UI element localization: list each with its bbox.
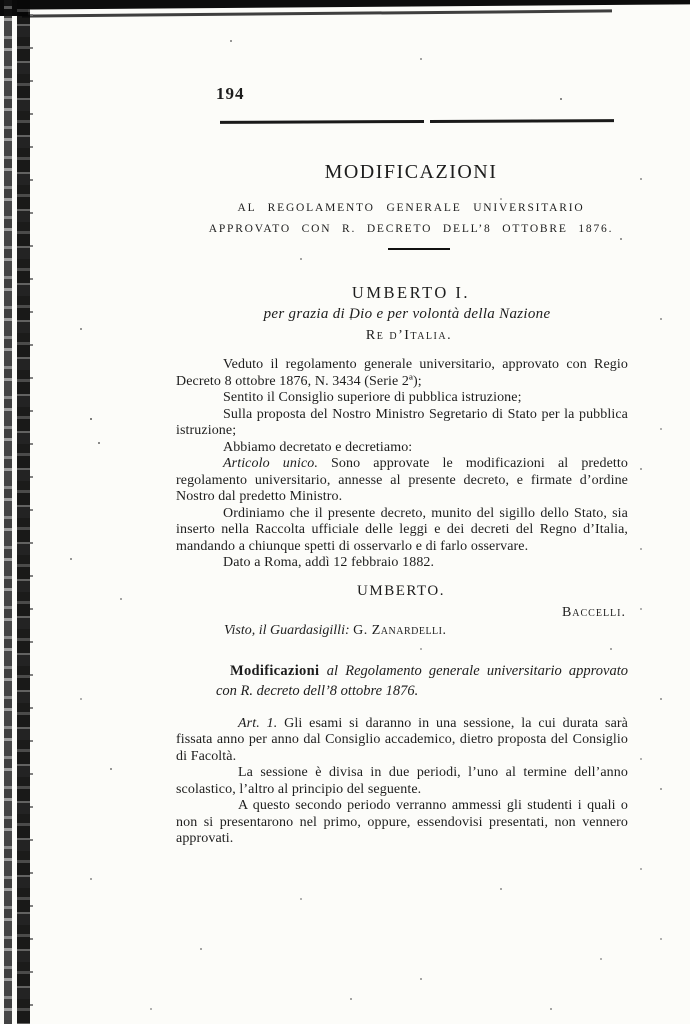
visto-prefix: Visto, il Guardasigilli: bbox=[224, 623, 350, 638]
decree-paragraph: Sulla proposta del Nostro Ministro Segre… bbox=[176, 407, 628, 440]
paragraph-text: Dato a Roma, addì 12 febbraio 1882. bbox=[223, 555, 434, 570]
page-content: 194 MODIFICAZIONI AL REGOLAMENTO GENERAL… bbox=[176, 0, 628, 848]
paragraph-text: Veduto il regolamento generale universit… bbox=[176, 357, 628, 389]
binding-strip-outer bbox=[4, 0, 12, 1024]
king-name: UMBERTO I. bbox=[194, 283, 628, 303]
doc-subtitle-line1: AL REGOLAMENTO GENERALE UNIVERSITARIO bbox=[194, 202, 628, 214]
decree-paragraph: Dato a Roma, addì 12 febbraio 1882. bbox=[176, 555, 628, 572]
decree-paragraph: Abbiamo decretato e decretiamo: bbox=[176, 440, 628, 457]
article-paragraph: Art. 1. Gli esami si daranno in una sess… bbox=[176, 716, 628, 766]
visto-name: G. Zanardelli. bbox=[353, 623, 446, 638]
article-paragraph: La sessione è divisa in due periodi, l’u… bbox=[176, 765, 628, 798]
king-motto: per grazia di Dio e per volontà della Na… bbox=[186, 306, 628, 323]
paragraph-text: Sentito il Consiglio superiore di pubbli… bbox=[223, 390, 522, 405]
article-text: A questo secondo periodo verranno ammess… bbox=[176, 798, 628, 846]
doc-title: MODIFICAZIONI bbox=[194, 161, 628, 184]
article-paragraph: A questo secondo periodo verranno ammess… bbox=[176, 798, 628, 848]
article-lead: Art. 1. bbox=[238, 716, 284, 731]
header-rule bbox=[220, 119, 614, 123]
modifications-heading-bold: Modificazioni bbox=[230, 663, 327, 679]
article-text: La sessione è divisa in due periodi, l’u… bbox=[176, 765, 628, 797]
paragraph-text: Ordiniamo che il presente decreto, munit… bbox=[176, 506, 628, 554]
paragraph-text: Sulla proposta del Nostro Ministro Segre… bbox=[176, 407, 628, 439]
countersignature-baccelli: Baccelli. bbox=[176, 605, 626, 621]
articles-body: Art. 1. Gli esami si daranno in una sess… bbox=[176, 716, 628, 848]
header-rule-right-segment bbox=[430, 119, 614, 122]
decree-paragraph: Sentito il Consiglio superiore di pubbli… bbox=[176, 390, 628, 407]
paragraph-lead: Articolo unico. bbox=[223, 456, 331, 471]
decree-paragraph: Veduto il regolamento generale universit… bbox=[176, 357, 628, 390]
decree-body: Veduto il regolamento generale universit… bbox=[176, 357, 628, 572]
visto-line: Visto, il Guardasigilli: G. Zanardelli. bbox=[224, 623, 628, 639]
signature-umberto: UMBERTO. bbox=[286, 583, 516, 600]
modifications-heading: Modificazioni al Regolamento generale un… bbox=[216, 661, 628, 701]
page-number: 194 bbox=[216, 84, 628, 104]
doc-subtitle-line2: APPROVATO CON R. DECRETO DELL’8 OTTOBRE … bbox=[194, 223, 628, 235]
king-title: Re d’Italia. bbox=[190, 328, 628, 344]
decree-paragraph: Articolo unico. Sono approvate le modifi… bbox=[176, 456, 628, 506]
paragraph-text: Abbiamo decretato e decretiamo: bbox=[223, 440, 412, 455]
header-rule-left-segment bbox=[220, 120, 424, 123]
separator-rule bbox=[388, 248, 450, 251]
binding-strip-inner bbox=[17, 0, 30, 1024]
scan-noise-specks bbox=[0, 0, 2, 2]
scanned-page: 194 MODIFICAZIONI AL REGOLAMENTO GENERAL… bbox=[0, 0, 690, 1024]
decree-paragraph: Ordiniamo che il presente decreto, munit… bbox=[176, 506, 628, 556]
